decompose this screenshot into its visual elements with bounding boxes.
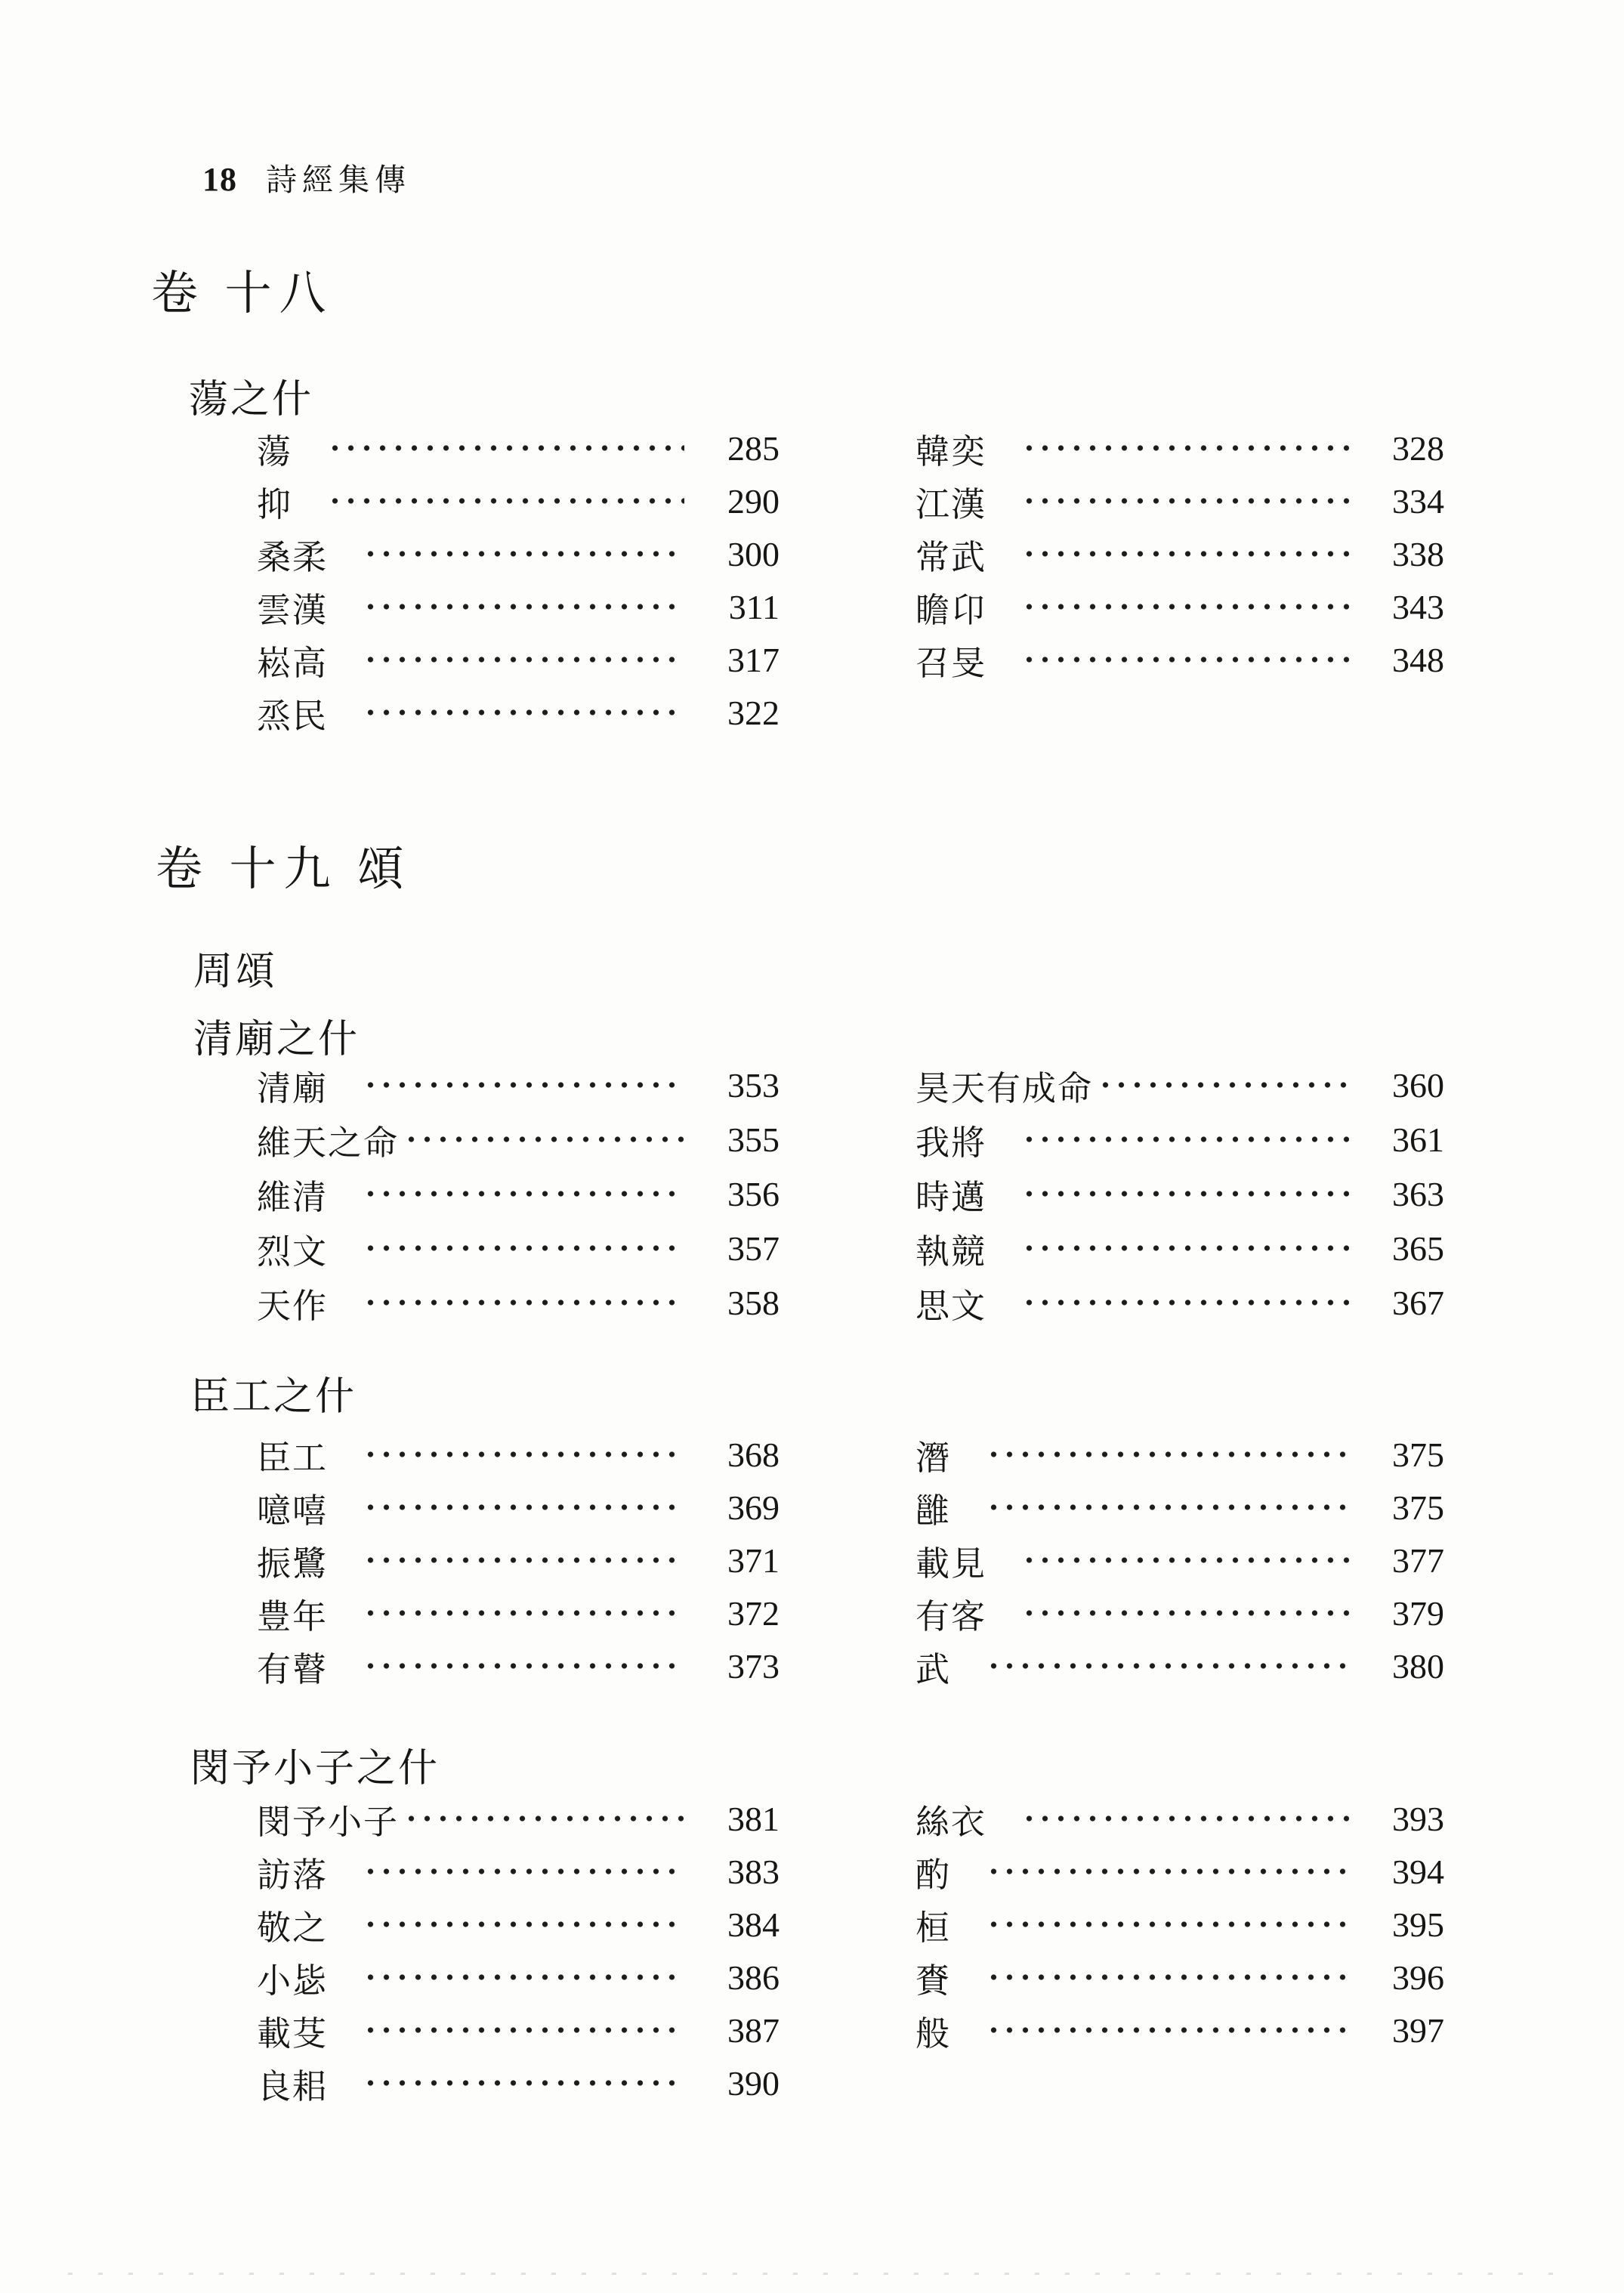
toc-entry-title: 崧高	[257, 635, 328, 685]
toc-column-right: 絲衣 393 酌 394 桓 395 賚 396 般 397	[915, 1792, 1444, 2109]
running-head: 18 詩經集傳	[202, 155, 411, 199]
dot-leader	[1021, 656, 1349, 663]
toc-entry: 烈文 357	[257, 1221, 780, 1275]
toc-entry-page: 383	[707, 1852, 780, 1892]
toc-entry: 有客 379	[915, 1587, 1444, 1639]
subheading-zhou-song: 周頌	[193, 939, 278, 996]
toc-entry-page: 368	[707, 1435, 780, 1475]
dot-leader	[363, 1662, 684, 1670]
page-number: 18	[202, 160, 237, 199]
toc-entry-page: 369	[707, 1488, 780, 1528]
toc-entry-page: 373	[707, 1646, 780, 1686]
dot-leader	[363, 1868, 684, 1875]
toc-columns-qingmiao: 清廟 353 維天之命 355 維清 356 烈文 357 天作 358 昊天有…	[257, 1058, 1444, 1330]
dot-leader	[986, 1503, 1349, 1511]
toc-entry: 雝 375	[915, 1481, 1444, 1534]
scan-noise-artifact	[68, 2273, 1564, 2275]
toc-entry: 維清 356	[257, 1167, 780, 1221]
toc-entry-page: 356	[707, 1174, 780, 1214]
dot-leader	[363, 1451, 684, 1458]
toc-entry: 桑柔 300	[257, 527, 780, 580]
dot-leader	[986, 1868, 1349, 1875]
dot-leader	[363, 656, 684, 663]
toc-entry-title: 時邁	[915, 1170, 986, 1219]
toc-entry-page: 322	[707, 693, 780, 733]
toc-entry-title: 我將	[915, 1115, 986, 1164]
toc-entry-page: 317	[707, 640, 780, 680]
toc-entry-title: 執競	[915, 1224, 986, 1273]
toc-entry: 崧高 317	[257, 633, 780, 686]
toc-entry-page: 386	[707, 1958, 780, 1998]
toc-entry-title: 豊年	[257, 1589, 328, 1638]
toc-entry: 烝民 322	[257, 686, 780, 739]
toc-column-right: 昊天有成命 360 我將 361 時邁 363 執競 365 思文 367	[915, 1058, 1444, 1330]
toc-entry-page: 338	[1372, 534, 1444, 574]
toc-entry: 抑 290	[257, 474, 780, 527]
dot-leader	[363, 1921, 684, 1928]
toc-entry: 潛 375	[915, 1428, 1444, 1481]
toc-entry-title: 維清	[257, 1170, 328, 1219]
toc-entry: 維天之命 355	[257, 1112, 780, 1167]
dot-leader	[1021, 1244, 1349, 1252]
toc-entry-title: 召旻	[915, 635, 986, 685]
dot-leader	[986, 2026, 1349, 2034]
toc-entry-page: 353	[707, 1065, 780, 1105]
toc-entry: 訪落 383	[257, 1845, 780, 1898]
dot-leader	[1021, 1299, 1349, 1306]
toc-entry: 江漢 334	[915, 474, 1444, 527]
dot-leader	[363, 1299, 684, 1306]
toc-entry-title: 振鷺	[257, 1536, 328, 1585]
dot-leader	[1021, 1136, 1349, 1143]
toc-entry-page: 285	[707, 428, 780, 468]
toc-entry-title: 常武	[915, 530, 986, 579]
toc-entry: 桓 395	[915, 1898, 1444, 1951]
toc-entry-page: 396	[1372, 1958, 1444, 1998]
toc-entry-title: 敬之	[257, 1900, 328, 1949]
toc-entry-page: 367	[1372, 1283, 1444, 1323]
toc-entry-page: 361	[1372, 1120, 1444, 1160]
toc-entry-title: 烈文	[257, 1224, 328, 1273]
toc-entry-page: 375	[1372, 1488, 1444, 1528]
toc-entry: 振鷺 371	[257, 1534, 780, 1587]
toc-column-left: 清廟 353 維天之命 355 維清 356 烈文 357 天作 358	[257, 1058, 780, 1330]
toc-entry-page: 379	[1372, 1593, 1444, 1633]
toc-entry-title: 有瞽	[257, 1642, 328, 1691]
toc-entry-title: 臣工	[257, 1430, 328, 1479]
dot-leader	[1021, 1190, 1349, 1197]
toc-entry-page: 363	[1372, 1174, 1444, 1214]
toc-entry-page: 384	[707, 1905, 780, 1945]
dot-leader	[1021, 1609, 1349, 1617]
toc-entry-page: 311	[707, 587, 780, 627]
toc-entry: 有瞽 373	[257, 1639, 780, 1692]
toc-entry-page: 380	[1372, 1646, 1444, 1686]
toc-entry-title: 江漢	[915, 477, 986, 526]
toc-entry-title: 閔予小子	[257, 1794, 399, 1843]
dot-leader	[327, 444, 684, 452]
dot-leader	[363, 550, 684, 558]
section-heading-tang-zhi-shi: 蕩之什	[189, 367, 313, 424]
toc-entry-title: 思文	[915, 1278, 986, 1327]
toc-entry-page: 334	[1372, 481, 1444, 521]
toc-entry-title: 良耜	[257, 2059, 328, 2108]
dot-leader	[1021, 497, 1349, 505]
toc-column-left: 臣工 368 噫嘻 369 振鷺 371 豊年 372 有瞽 373	[257, 1428, 780, 1692]
toc-columns-minyuxiaozi: 閔予小子 381 訪落 383 敬之 384 小毖 386 載芟 387 良耜 …	[257, 1792, 1444, 2109]
section-heading-minyuxiaozi-zhi-shi: 閔予小子之什	[190, 1736, 440, 1793]
toc-entry: 韓奕 328	[915, 422, 1444, 474]
toc-entry-title: 般	[915, 2006, 951, 2055]
toc-entry: 敬之 384	[257, 1898, 780, 1951]
toc-entry-title: 有客	[915, 1589, 986, 1638]
section-heading-chengong-zhi-shi: 臣工之什	[190, 1364, 357, 1421]
toc-entry: 執競 365	[915, 1221, 1444, 1275]
dot-leader	[986, 1921, 1349, 1928]
toc-entry-page: 395	[1372, 1905, 1444, 1945]
toc-entry-title: 雲漢	[257, 583, 328, 632]
toc-entry-page: 348	[1372, 640, 1444, 680]
toc-entry: 載見 377	[915, 1534, 1444, 1587]
toc-entry: 我將 361	[915, 1112, 1444, 1167]
toc-entry-title: 訪落	[257, 1847, 328, 1896]
toc-entry: 雲漢 311	[257, 580, 780, 633]
toc-entry-page: 357	[707, 1228, 780, 1269]
toc-entry: 思文 367	[915, 1275, 1444, 1330]
toc-entry-title: 清廟	[257, 1061, 328, 1110]
volume-18-heading: 卷 十八	[151, 255, 334, 323]
toc-entry-page: 300	[707, 534, 780, 574]
toc-entry: 天作 358	[257, 1275, 780, 1330]
toc-entry-page: 381	[707, 1799, 780, 1839]
dot-leader	[363, 1609, 684, 1617]
toc-entry-page: 375	[1372, 1435, 1444, 1475]
book-title: 詩經集傳	[266, 155, 411, 199]
toc-entry-title: 桑柔	[257, 530, 328, 579]
toc-entry: 良耜 390	[257, 2057, 780, 2109]
toc-entry-title: 桓	[915, 1900, 951, 1949]
toc-entry: 清廟 353	[257, 1058, 780, 1112]
toc-entry: 瞻卬 343	[915, 580, 1444, 633]
dot-leader	[986, 1451, 1349, 1458]
toc-entry: 召旻 348	[915, 633, 1444, 686]
dot-leader	[363, 2079, 684, 2087]
toc-entry: 噫嘻 369	[257, 1481, 780, 1534]
toc-entry: 時邁 363	[915, 1167, 1444, 1221]
toc-entry-page: 387	[707, 2010, 780, 2050]
section-heading-qingmiao-zhi-shi: 清廟之什	[193, 1007, 360, 1064]
dot-leader	[403, 1136, 684, 1143]
toc-column-left: 閔予小子 381 訪落 383 敬之 384 小毖 386 載芟 387 良耜 …	[257, 1792, 780, 2109]
toc-entry: 蕩 285	[257, 422, 780, 474]
toc-entry: 豊年 372	[257, 1587, 780, 1639]
toc-entry-page: 371	[707, 1541, 780, 1581]
toc-entry: 武 380	[915, 1639, 1444, 1692]
dot-leader	[363, 709, 684, 716]
toc-entry-page: 343	[1372, 587, 1444, 627]
toc-entry-title: 武	[915, 1642, 951, 1691]
toc-entry-title: 潛	[915, 1430, 951, 1479]
toc-entry-title: 小毖	[257, 1953, 328, 2002]
dot-leader	[363, 1973, 684, 1981]
toc-entry: 臣工 368	[257, 1428, 780, 1481]
toc-entry: 昊天有成命 360	[915, 1058, 1444, 1112]
toc-entry-title: 酌	[915, 1847, 951, 1896]
toc-entry-title: 天作	[257, 1278, 328, 1327]
dot-leader	[1021, 1556, 1349, 1564]
dot-leader	[1021, 603, 1349, 610]
toc-entry: 賚 396	[915, 1951, 1444, 2004]
toc-entry-page: 372	[707, 1593, 780, 1633]
dot-leader	[363, 1190, 684, 1197]
toc-entry: 酌 394	[915, 1845, 1444, 1898]
toc-entry-page: 393	[1372, 1799, 1444, 1839]
toc-entry-page: 355	[707, 1120, 780, 1160]
toc-entry-title: 蕩	[257, 424, 292, 473]
toc-entry-page: 397	[1372, 2010, 1444, 2050]
dot-leader	[1021, 550, 1349, 558]
dot-leader	[986, 1662, 1349, 1670]
dot-leader	[363, 1556, 684, 1564]
dot-leader	[363, 1081, 684, 1089]
toc-columns-tang: 蕩 285 抑 290 桑柔 300 雲漢 311 崧高 317 烝民 322 …	[257, 422, 1444, 739]
toc-column-right: 潛 375 雝 375 載見 377 有客 379 武 380	[915, 1428, 1444, 1692]
dot-leader	[363, 1244, 684, 1252]
dot-leader	[403, 1815, 684, 1822]
toc-entry-title: 抑	[257, 477, 292, 526]
dot-leader	[1098, 1081, 1349, 1089]
toc-entry-title: 烝民	[257, 688, 328, 737]
toc-entry-title: 瞻卬	[915, 583, 986, 632]
volume-19-heading: 卷 十九 頌	[156, 831, 412, 898]
toc-entry-title: 昊天有成命	[915, 1061, 1093, 1110]
toc-entry-page: 377	[1372, 1541, 1444, 1581]
toc-entry-page: 358	[707, 1283, 780, 1323]
toc-entry-title: 載見	[915, 1536, 986, 1585]
scanned-toc-page: 18 詩經集傳 卷 十八 蕩之什 蕩 285 抑 290 桑柔 300 雲漢 3…	[0, 0, 1624, 2293]
dot-leader	[327, 497, 684, 505]
toc-entry-page: 394	[1372, 1852, 1444, 1892]
toc-entry-page: 290	[707, 481, 780, 521]
toc-columns-chengong: 臣工 368 噫嘻 369 振鷺 371 豊年 372 有瞽 373 潛 375…	[257, 1428, 1444, 1692]
toc-entry-title: 韓奕	[915, 424, 986, 473]
toc-entry-title: 載芟	[257, 2006, 328, 2055]
toc-entry-page: 365	[1372, 1228, 1444, 1269]
dot-leader	[363, 1503, 684, 1511]
dot-leader	[986, 1973, 1349, 1981]
dot-leader	[1021, 444, 1349, 452]
toc-entry: 般 397	[915, 2004, 1444, 2057]
toc-entry-title: 維天之命	[257, 1115, 399, 1164]
toc-entry-page: 360	[1372, 1065, 1444, 1105]
toc-entry-page: 328	[1372, 428, 1444, 468]
toc-entry: 小毖 386	[257, 1951, 780, 2004]
dot-leader	[1021, 1815, 1349, 1822]
toc-entry: 閔予小子 381	[257, 1792, 780, 1845]
toc-column-right: 韓奕 328 江漢 334 常武 338 瞻卬 343 召旻 348	[915, 422, 1444, 739]
toc-entry: 載芟 387	[257, 2004, 780, 2057]
toc-entry-title: 絲衣	[915, 1794, 986, 1843]
toc-entry: 常武 338	[915, 527, 1444, 580]
toc-entry-title: 噫嘻	[257, 1483, 328, 1532]
toc-column-left: 蕩 285 抑 290 桑柔 300 雲漢 311 崧高 317 烝民 322	[257, 422, 780, 739]
toc-entry-page: 390	[707, 2063, 780, 2103]
toc-entry-title: 賚	[915, 1953, 951, 2002]
toc-entry: 絲衣 393	[915, 1792, 1444, 1845]
toc-entry-title: 雝	[915, 1483, 951, 1532]
dot-leader	[363, 603, 684, 610]
dot-leader	[363, 2026, 684, 2034]
